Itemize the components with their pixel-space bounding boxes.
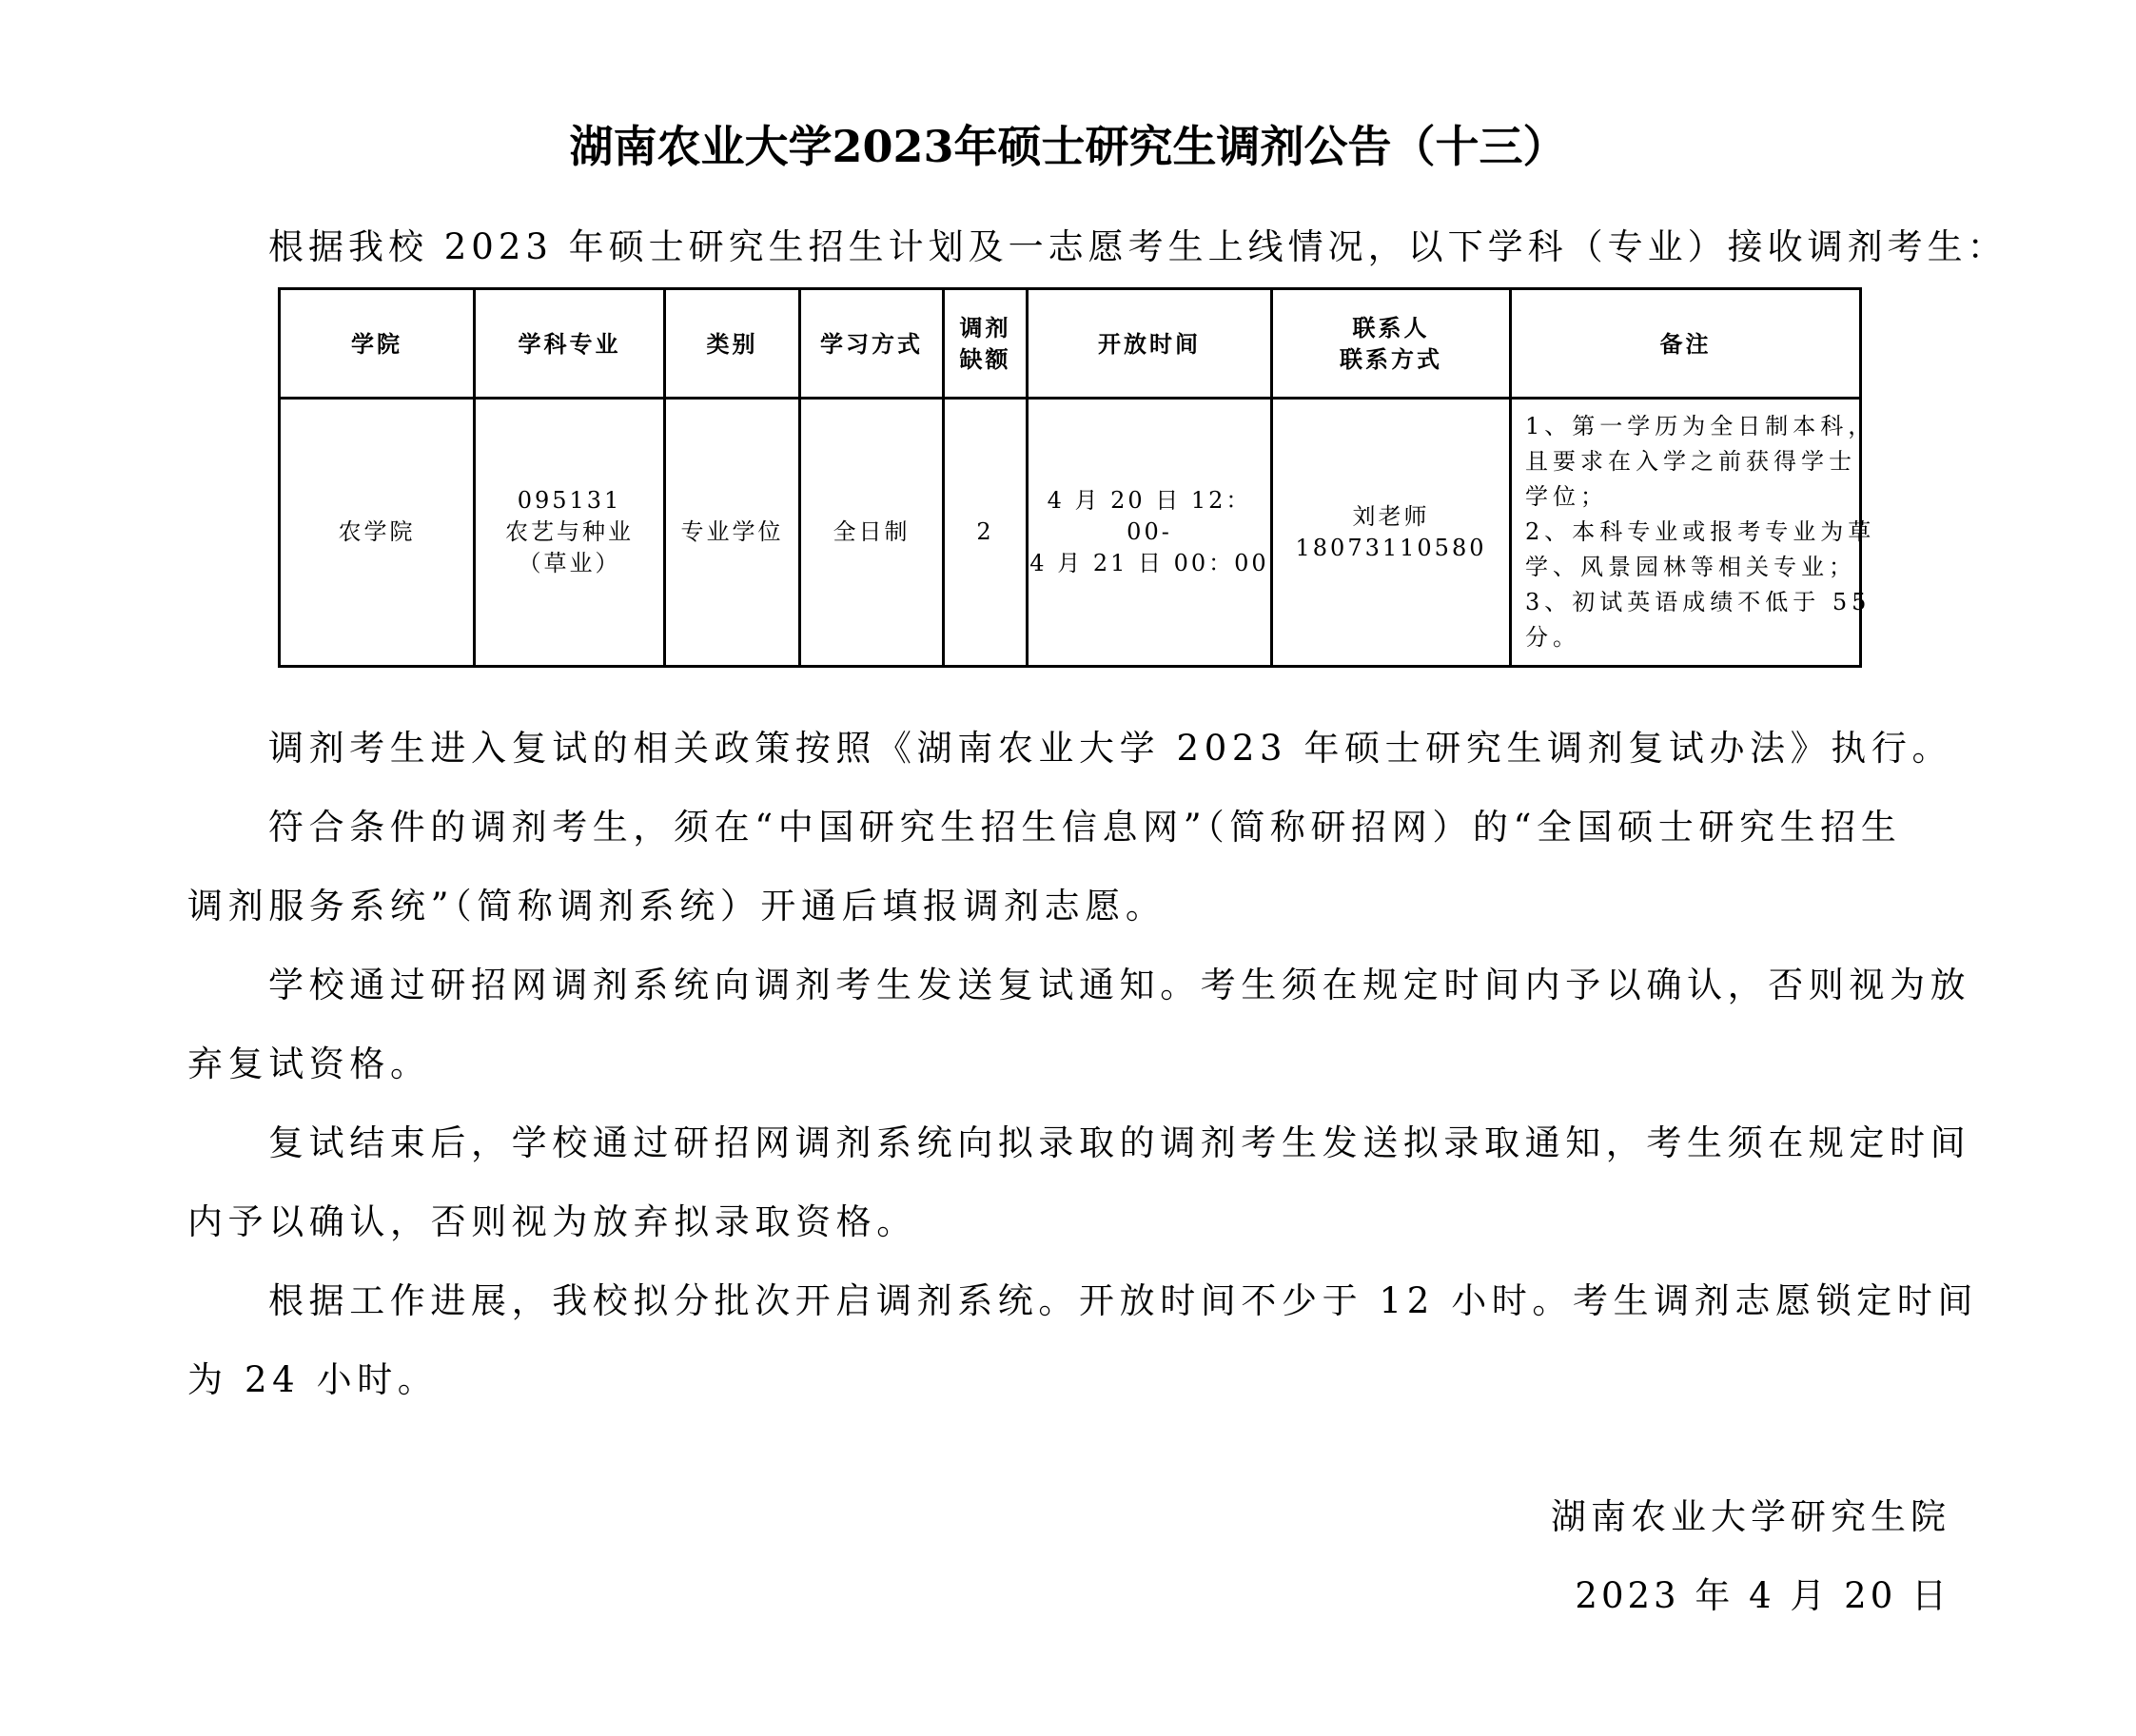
cell-college: 农学院: [280, 399, 475, 667]
cell-category: 专业学位: [665, 399, 800, 667]
table-row: 农学院 095131 农艺与种业 （草业） 专业学位 全日制 2 4 月 20 …: [280, 399, 1861, 667]
remarks-line: 分。: [1525, 620, 1850, 655]
header-category: 类别: [665, 289, 800, 399]
paragraph-eligibility-line1: 符合条件的调剂考生，须在“中国研究生招生信息网”（简称研招网）的“全国硕士研究生…: [187, 788, 1953, 867]
remarks-line: 学位；: [1525, 479, 1850, 515]
header-contact-line1: 联系人: [1273, 312, 1509, 343]
header-college: 学院: [280, 289, 475, 399]
cell-open-time: 4 月 20 日 12：00- 4 月 21 日 00：00: [1028, 399, 1272, 667]
issuer-signature: 湖南农业大学研究生院: [1551, 1489, 1950, 1546]
paragraph-admission-notice-line1: 复试结束后，学校通过研招网调剂系统向拟录取的调剂考生发送拟录取通知，考生须在规定…: [187, 1103, 1953, 1182]
issue-date: 2023 年 4 月 20 日: [1575, 1568, 1950, 1625]
open-time-end: 4 月 21 日 00：00: [1029, 548, 1270, 579]
contact-person: 刘老师: [1273, 501, 1509, 533]
header-open-time: 开放时间: [1028, 289, 1272, 399]
remarks-line: 3、初试英语成绩不低于 55: [1525, 585, 1850, 620]
header-quota: 调剂 缺额: [944, 289, 1028, 399]
cell-contact: 刘老师 18073110580: [1272, 399, 1511, 667]
cell-major: 095131 农艺与种业 （草业）: [475, 399, 665, 667]
header-major: 学科专业: [475, 289, 665, 399]
header-contact-line2: 联系方式: [1273, 343, 1509, 375]
paragraph-retest-notice-line2: 弃复试资格。: [187, 1024, 1953, 1103]
open-time-start: 4 月 20 日 12：00-: [1029, 485, 1270, 548]
cell-remarks: 1、第一学历为全日制本科， 且要求在入学之前获得学士 学位； 2、本科专业或报考…: [1511, 399, 1861, 667]
remarks-line: 学、风景园林等相关专业；: [1525, 550, 1850, 585]
header-contact: 联系人 联系方式: [1272, 289, 1511, 399]
paragraph-admission-notice-line2: 内予以确认，否则视为放弃拟录取资格。: [187, 1182, 1953, 1261]
header-study-mode: 学习方式: [800, 289, 944, 399]
major-direction: （草业）: [476, 548, 663, 579]
header-quota-line2: 缺额: [945, 343, 1026, 375]
paragraph-policy: 调剂考生进入复试的相关政策按照《湖南农业大学 2023 年硕士研究生调剂复试办法…: [187, 709, 1953, 788]
major-name: 农艺与种业: [476, 517, 663, 548]
intro-paragraph: 根据我校 2023 年硕士研究生招生计划及一志愿考生上线情况，以下学科（专业）接…: [268, 221, 1981, 274]
adjustment-plan-table: 学院 学科专业 类别 学习方式 调剂 缺额 开放时间 联系人 联系方式 备注 农…: [278, 287, 1862, 668]
paragraph-eligibility-line2: 调剂服务系统”（简称调剂系统）开通后填报调剂志愿。: [187, 867, 1953, 946]
header-remarks: 备注: [1511, 289, 1861, 399]
document-title: 湖南农业大学2023年硕士研究生调剂公告（十三）: [0, 118, 2136, 175]
paragraph-system-schedule-line1: 根据工作进展，我校拟分批次开启调剂系统。开放时间不少于 12 小时。考生调剂志愿…: [187, 1261, 1953, 1340]
header-quota-line1: 调剂: [945, 312, 1026, 343]
paragraph-retest-notice-line1: 学校通过研招网调剂系统向调剂考生发送复试通知。考生须在规定时间内予以确认，否则视…: [187, 946, 1953, 1024]
remarks-line: 1、第一学历为全日制本科，: [1525, 409, 1850, 444]
cell-quota: 2: [944, 399, 1028, 667]
cell-study-mode: 全日制: [800, 399, 944, 667]
major-code: 095131: [476, 485, 663, 517]
paragraph-system-schedule-line2: 为 24 小时。: [187, 1340, 1953, 1419]
remarks-line: 且要求在入学之前获得学士: [1525, 444, 1850, 479]
contact-phone: 18073110580: [1273, 533, 1509, 564]
table-header-row: 学院 学科专业 类别 学习方式 调剂 缺额 开放时间 联系人 联系方式 备注: [280, 289, 1861, 399]
announcement-body: 调剂考生进入复试的相关政策按照《湖南农业大学 2023 年硕士研究生调剂复试办法…: [187, 709, 1953, 1419]
remarks-line: 2、本科专业或报考专业为草: [1525, 515, 1850, 550]
